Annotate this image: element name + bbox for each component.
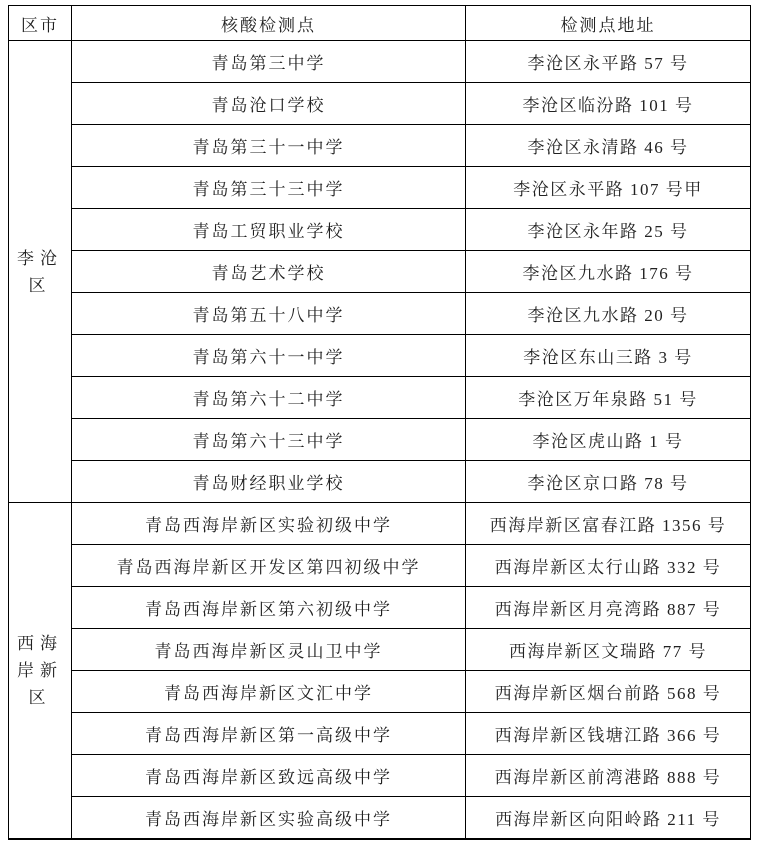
header-row: 区市 核酸检测点 检测点地址	[9, 6, 751, 41]
site-name-cell: 青岛第三十三中学	[72, 167, 466, 209]
site-address-cell: 李沧区京口路 78 号	[466, 461, 751, 503]
district-cell: 西海岸新区	[9, 503, 72, 839]
site-name-cell: 青岛第六十三中学	[72, 419, 466, 461]
table-row: 青岛第六十一中学李沧区东山三路 3 号	[9, 335, 751, 377]
site-address-cell: 李沧区虎山路 1 号	[466, 419, 751, 461]
table-row: 西海岸新区青岛西海岸新区实验初级中学西海岸新区富春江路 1356 号	[9, 503, 751, 545]
site-name-cell: 青岛西海岸新区致远高级中学	[72, 755, 466, 797]
site-address-cell: 李沧区东山三路 3 号	[466, 335, 751, 377]
district-cell: 李沧区	[9, 41, 72, 503]
site-name-cell: 青岛西海岸新区开发区第四初级中学	[72, 545, 466, 587]
site-name-cell: 青岛第五十八中学	[72, 293, 466, 335]
site-address-cell: 李沧区永平路 57 号	[466, 41, 751, 83]
site-name-cell: 青岛西海岸新区第一高级中学	[72, 713, 466, 755]
site-address-cell: 西海岸新区文瑞路 77 号	[466, 629, 751, 671]
site-address-cell: 西海岸新区钱塘江路 366 号	[466, 713, 751, 755]
site-name-cell: 青岛西海岸新区实验初级中学	[72, 503, 466, 545]
column-header-site: 核酸检测点	[72, 6, 466, 41]
site-address-cell: 西海岸新区烟台前路 568 号	[466, 671, 751, 713]
table-row: 青岛第三十三中学李沧区永平路 107 号甲	[9, 167, 751, 209]
table-row: 青岛第六十二中学李沧区万年泉路 51 号	[9, 377, 751, 419]
site-name-cell: 青岛第三中学	[72, 41, 466, 83]
site-address-cell: 西海岸新区向阳岭路 211 号	[466, 797, 751, 839]
table-header: 区市 核酸检测点 检测点地址	[9, 6, 751, 41]
site-address-cell: 李沧区万年泉路 51 号	[466, 377, 751, 419]
site-address-cell: 西海岸新区太行山路 332 号	[466, 545, 751, 587]
site-name-cell: 青岛艺术学校	[72, 251, 466, 293]
site-name-cell: 青岛财经职业学校	[72, 461, 466, 503]
table-row: 青岛西海岸新区灵山卫中学西海岸新区文瑞路 77 号	[9, 629, 751, 671]
site-address-cell: 西海岸新区月亮湾路 887 号	[466, 587, 751, 629]
site-address-cell: 李沧区永清路 46 号	[466, 125, 751, 167]
table-row: 青岛西海岸新区致远高级中学西海岸新区前湾港路 888 号	[9, 755, 751, 797]
site-name-cell: 青岛沧口学校	[72, 83, 466, 125]
table-row: 青岛财经职业学校李沧区京口路 78 号	[9, 461, 751, 503]
site-name-cell: 青岛第三十一中学	[72, 125, 466, 167]
column-header-district: 区市	[9, 6, 72, 41]
table-row: 青岛工贸职业学校李沧区永年路 25 号	[9, 209, 751, 251]
column-header-address: 检测点地址	[466, 6, 751, 41]
site-address-cell: 李沧区临汾路 101 号	[466, 83, 751, 125]
testing-sites-table: 区市 核酸检测点 检测点地址 李沧区青岛第三中学李沧区永平路 57 号青岛沧口学…	[8, 5, 751, 840]
table-row: 青岛西海岸新区第一高级中学西海岸新区钱塘江路 366 号	[9, 713, 751, 755]
site-address-cell: 李沧区永年路 25 号	[466, 209, 751, 251]
site-address-cell: 李沧区九水路 20 号	[466, 293, 751, 335]
table-body: 李沧区青岛第三中学李沧区永平路 57 号青岛沧口学校李沧区临汾路 101 号青岛…	[9, 41, 751, 839]
site-name-cell: 青岛西海岸新区实验高级中学	[72, 797, 466, 839]
site-name-cell: 青岛西海岸新区文汇中学	[72, 671, 466, 713]
table-row: 青岛西海岸新区文汇中学西海岸新区烟台前路 568 号	[9, 671, 751, 713]
site-name-cell: 青岛第六十二中学	[72, 377, 466, 419]
table-row: 李沧区青岛第三中学李沧区永平路 57 号	[9, 41, 751, 83]
table-row: 青岛第六十三中学李沧区虎山路 1 号	[9, 419, 751, 461]
site-name-cell: 青岛西海岸新区灵山卫中学	[72, 629, 466, 671]
table-row: 青岛第三十一中学李沧区永清路 46 号	[9, 125, 751, 167]
table-row: 青岛第五十八中学李沧区九水路 20 号	[9, 293, 751, 335]
table-row: 青岛沧口学校李沧区临汾路 101 号	[9, 83, 751, 125]
site-name-cell: 青岛工贸职业学校	[72, 209, 466, 251]
site-address-cell: 西海岸新区前湾港路 888 号	[466, 755, 751, 797]
site-name-cell: 青岛第六十一中学	[72, 335, 466, 377]
site-address-cell: 西海岸新区富春江路 1356 号	[466, 503, 751, 545]
table-row: 青岛艺术学校李沧区九水路 176 号	[9, 251, 751, 293]
table-row: 青岛西海岸新区开发区第四初级中学西海岸新区太行山路 332 号	[9, 545, 751, 587]
table-row: 青岛西海岸新区第六初级中学西海岸新区月亮湾路 887 号	[9, 587, 751, 629]
site-address-cell: 李沧区永平路 107 号甲	[466, 167, 751, 209]
site-address-cell: 李沧区九水路 176 号	[466, 251, 751, 293]
table-row: 青岛西海岸新区实验高级中学西海岸新区向阳岭路 211 号	[9, 797, 751, 839]
site-name-cell: 青岛西海岸新区第六初级中学	[72, 587, 466, 629]
